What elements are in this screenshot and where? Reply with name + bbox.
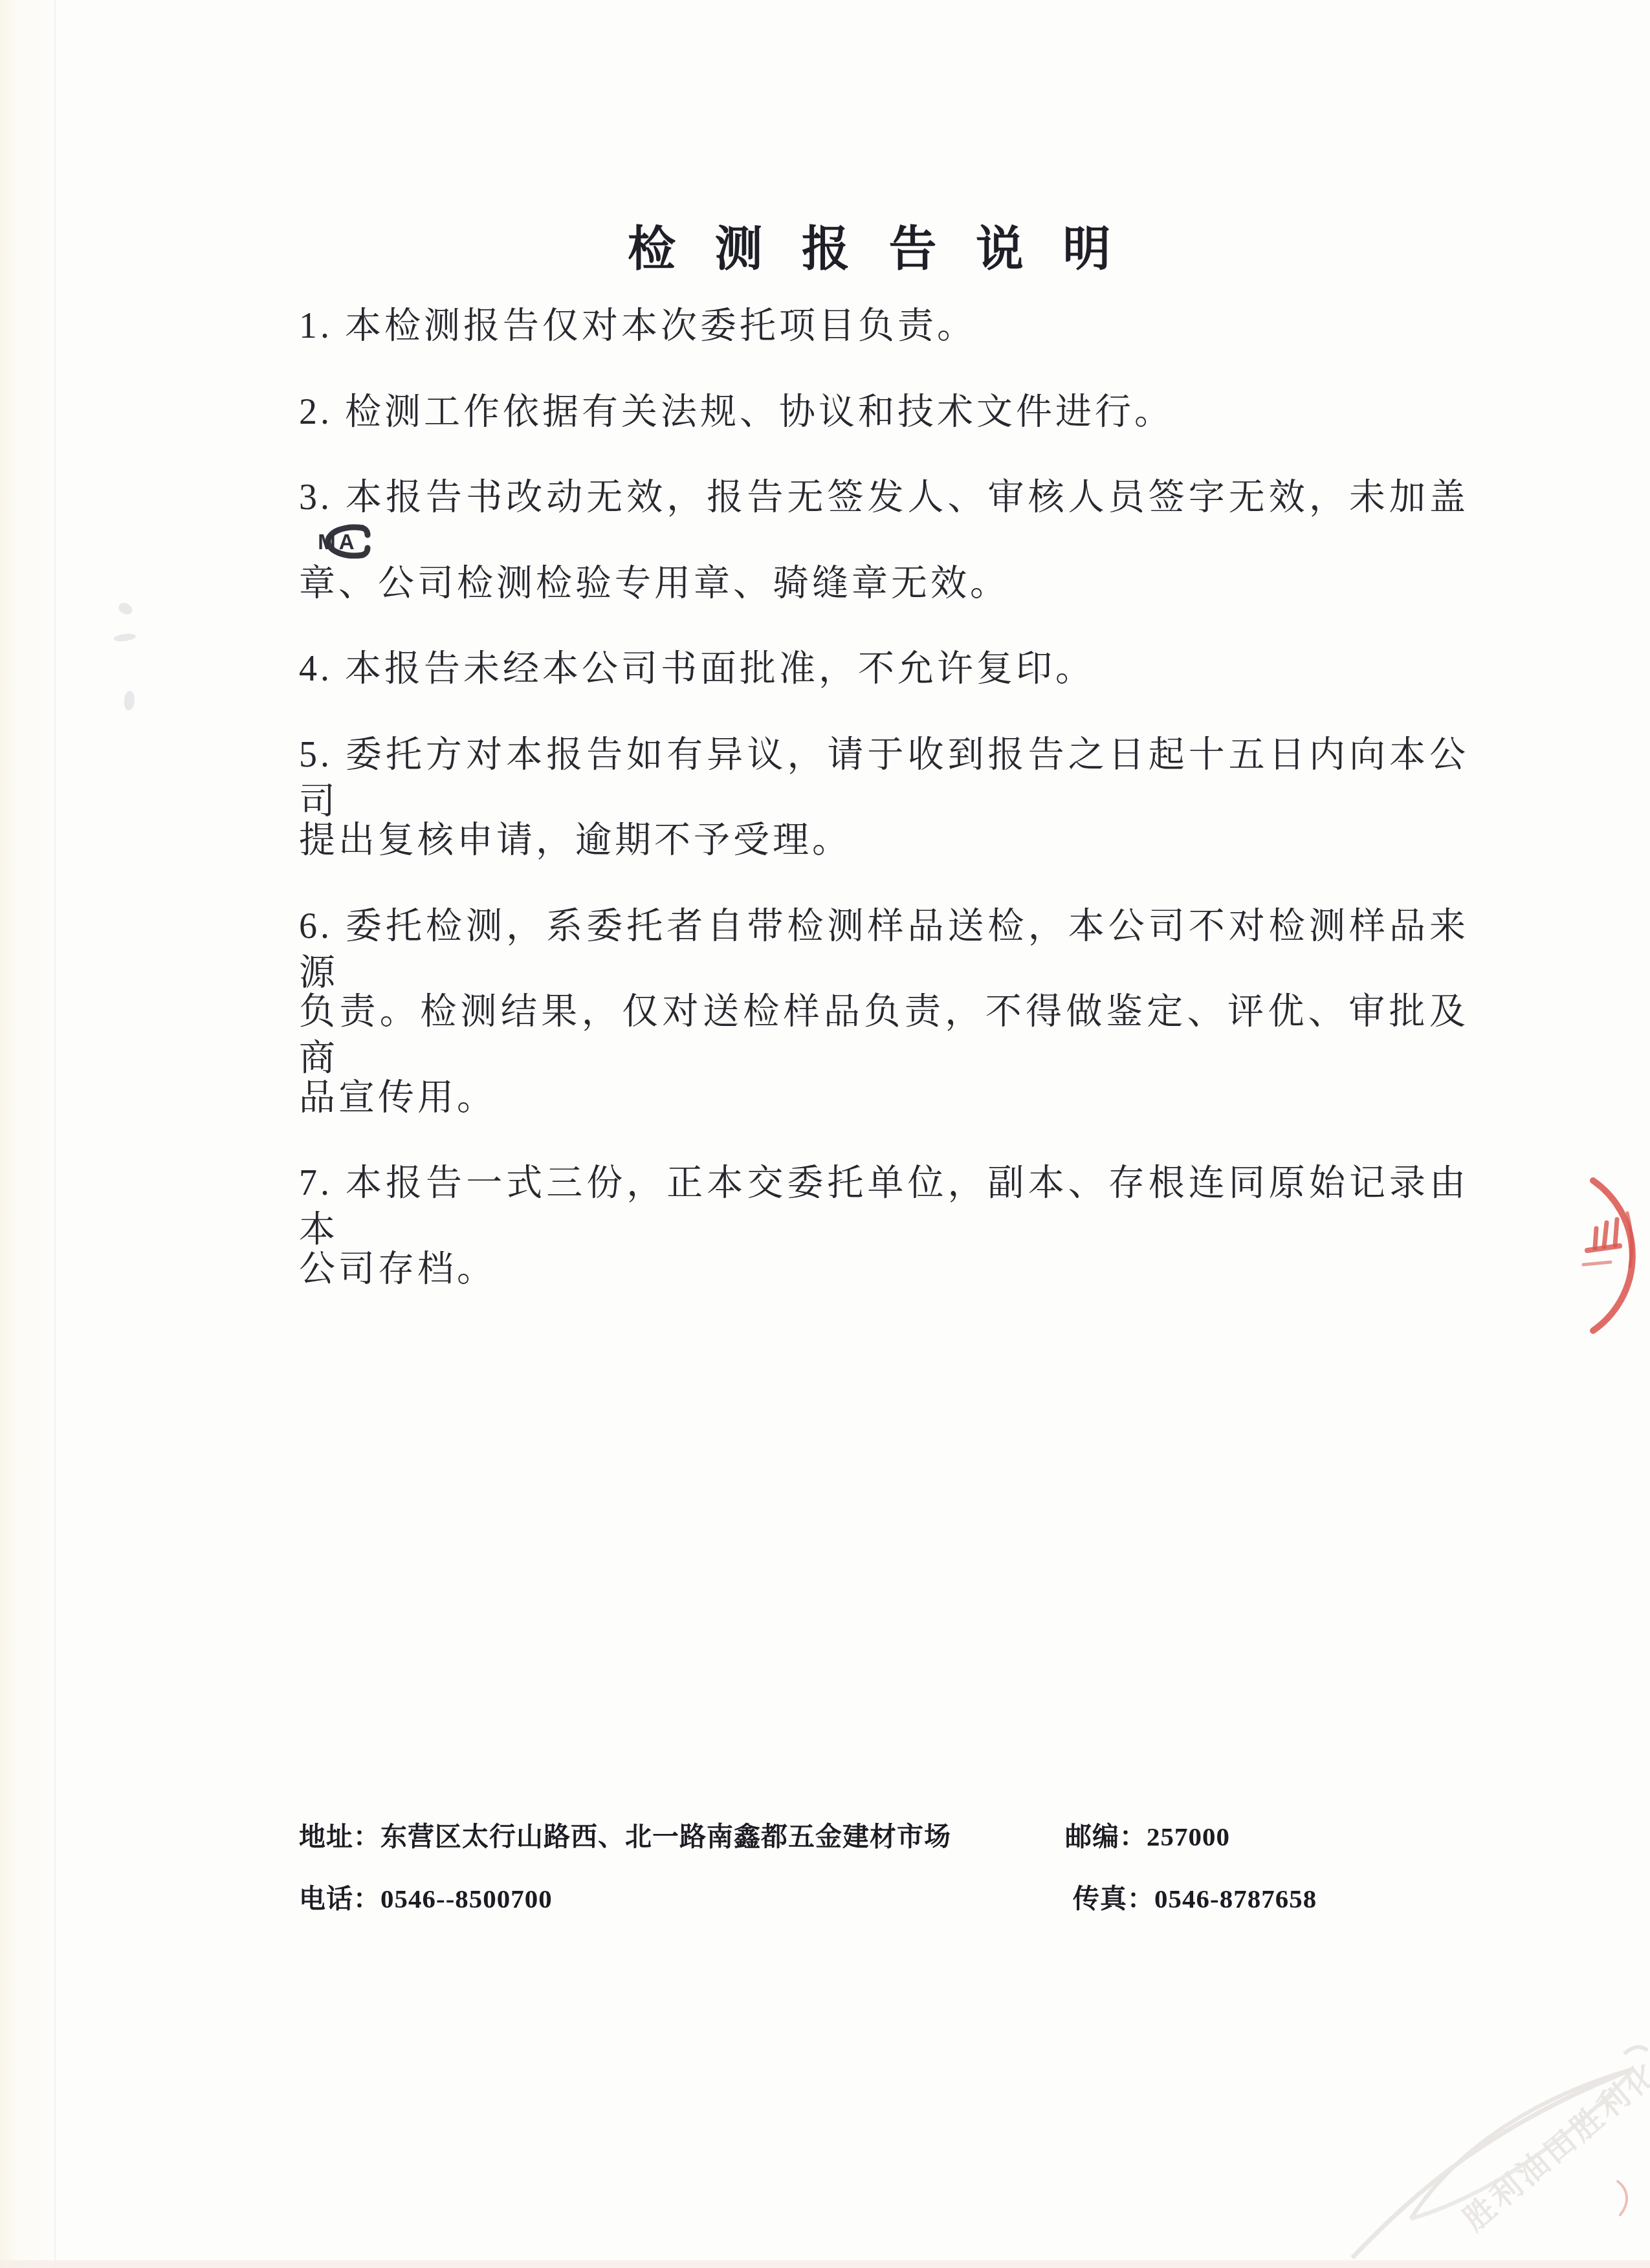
note-text: 2. 检测工作依据有关法规、协议和技术文件进行。 <box>299 392 1174 432</box>
scan-crease-line <box>54 0 56 2268</box>
postcode-value: 257000 <box>1147 1822 1230 1851</box>
note-text: 章、公司检测检验专用章、骑缝章无效。 <box>299 563 1009 604</box>
cma-letters: MA <box>318 530 357 554</box>
note-text: 品宣传用。 <box>299 1078 496 1118</box>
red-mark-icon <box>1612 2179 1638 2218</box>
note-line-1: 1. 本检测报告仅对本次委托项目负责。 <box>299 303 1469 389</box>
phone-value: 0546--8500700 <box>380 1884 553 1914</box>
note-line-7b: 公司存档。 <box>299 1246 1469 1332</box>
note-text: 6. 委托检测，系委托者自带检测样品送检，本公司不对检测样品来源 <box>299 906 1469 993</box>
note-text: 4. 本报告未经本公司书面批准，不允许复印。 <box>299 649 1095 689</box>
note-line-4: 4. 本报告未经本公司书面批准，不允许复印。 <box>299 646 1469 732</box>
note-line-5b: 提出复核申请，逾期不予受理。 <box>299 817 1469 903</box>
note-text: 5. 委托方对本报告如有异议，请于收到报告之日起十五日内向本公司 <box>299 735 1469 822</box>
note-text: 负责。检测结果，仅对送检样品负责，不得做鉴定、评优、审批及商 <box>299 992 1469 1078</box>
note-line-7a: 7. 本报告一式三份，正本交委托单位，副本、存根连同原始记录由本 <box>299 1160 1469 1246</box>
address-value: 东营区太行山路西、北一路南鑫都五金建材市场 <box>380 1822 951 1851</box>
cma-certification-mark-icon: MA <box>303 521 375 562</box>
note-text: 公司存档。 <box>299 1249 496 1289</box>
note-line-3b: 章、公司检测检验专用章、骑缝章无效。 <box>299 560 1469 646</box>
red-seal-fragment-icon <box>1550 1148 1650 1362</box>
note-line-6c: 品宣传用。 <box>299 1074 1469 1161</box>
document-page: 检 测 报 告 说 明 1. 本检测报告仅对本次委托项目负责。 2. 检测工作依… <box>0 0 1650 2268</box>
note-text: 1. 本检测报告仅对本次委托项目负责。 <box>299 306 976 346</box>
note-line-5a: 5. 委托方对本报告如有异议，请于收到报告之日起十五日内向本公司 <box>299 732 1469 818</box>
address-label: 地址： <box>299 1822 380 1851</box>
scan-edge-left <box>0 0 55 2268</box>
address-row: 地址：东营区太行山路西、北一路南鑫都五金建材市场 <box>299 1815 951 1853</box>
scan-speck <box>117 601 135 616</box>
note-line-6b: 负责。检测结果，仅对送检样品负责，不得做鉴定、评优、审批及商 <box>299 988 1469 1074</box>
postcode-row: 邮编：257000 <box>1065 1815 1230 1853</box>
fax-label: 传真： <box>1073 1884 1154 1914</box>
note-line-3a: 3. 本报告书改动无效，报告无签发人、审核人员签字无效，未加盖 MA <box>299 474 1469 560</box>
note-line-2: 2. 检测工作依据有关法规、协议和技术文件进行。 <box>299 389 1469 475</box>
watermark-leaf-icon <box>1346 2025 1650 2268</box>
scan-speck <box>113 633 136 643</box>
page-title: 检 测 报 告 说 明 <box>628 211 1125 279</box>
fax-row: 传真：0546-8787658 <box>1073 1877 1317 1915</box>
phone-row: 电话：0546--8500700 <box>299 1877 553 1915</box>
note-text: 提出复核申请，逾期不予受理。 <box>299 820 852 860</box>
note-text: 7. 本报告一式三份，正本交委托单位，副本、存根连同原始记录由本 <box>299 1163 1469 1250</box>
scan-speck <box>123 690 135 711</box>
fax-value: 0546-8787658 <box>1154 1884 1317 1914</box>
note-line-6a: 6. 委托检测，系委托者自带检测样品送检，本公司不对检测样品来源 <box>299 903 1469 989</box>
phone-label: 电话： <box>299 1884 380 1914</box>
note-text: 3. 本报告书改动无效，报告无签发人、审核人员签字无效，未加盖 <box>299 477 1469 518</box>
report-notes: 1. 本检测报告仅对本次委托项目负责。 2. 检测工作依据有关法规、协议和技术文… <box>299 303 1469 1331</box>
postcode-label: 邮编： <box>1065 1822 1147 1851</box>
